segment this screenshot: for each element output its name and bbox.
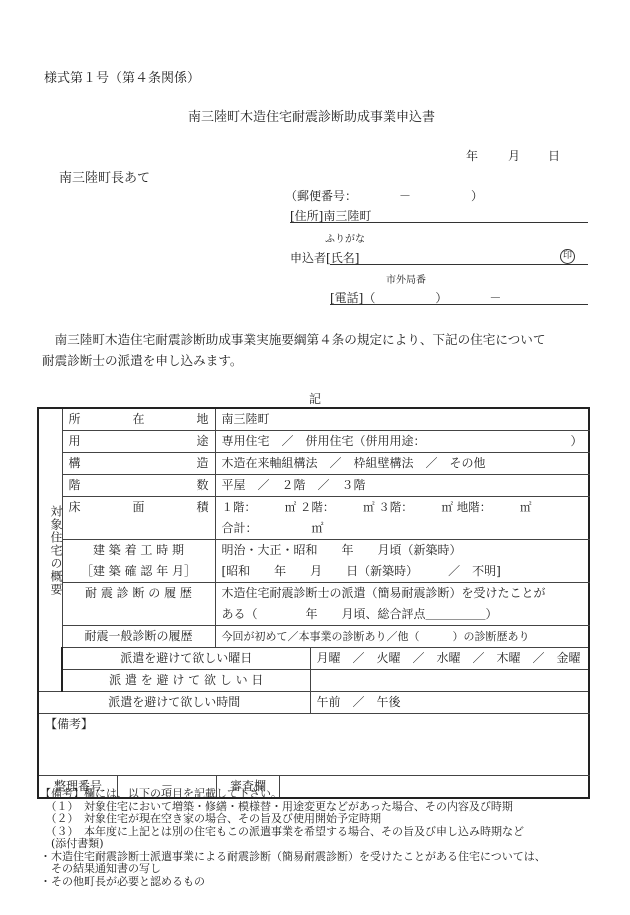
- row-floor-area: 床面積 １階： ㎡ ２階： ㎡ ３階： ㎡ 地階： ㎡ 合計： ㎡: [38, 497, 589, 540]
- row-remarks: 【備考】: [38, 714, 589, 776]
- label-avoid-weekday: 派遣を避けて欲しい曜日: [62, 648, 310, 670]
- floors-field[interactable]: 平屋 ／ ２階 ／ ３階: [215, 475, 589, 497]
- postal-code-field[interactable]: （郵便番号： － ）: [285, 187, 483, 204]
- row-construction: 建 築 着 工 時 期 ［建 築 確 認 年 月］ 明治・大正・昭和 年 月頃（…: [38, 540, 589, 583]
- remarks-field[interactable]: 【備考】: [38, 714, 589, 776]
- label-floor-area: 床面積: [62, 497, 215, 540]
- date-month-label: 月: [508, 147, 520, 164]
- intro-line-1: 南三陸町木造住宅耐震診断助成事業実施要綱第４条の規定により、下記の住宅について: [42, 329, 546, 348]
- phone-underline: [330, 304, 588, 305]
- form-number: 様式第１号（第４条関係）: [44, 67, 200, 86]
- structure-field[interactable]: 木造在来軸組構法 ／ 枠組壁構法 ／ その他: [215, 453, 589, 475]
- use-field[interactable]: 専用住宅 ／ 併用住宅（併用用途：）: [215, 431, 589, 453]
- application-table: 対象住宅の概要 所在地 南三陸町 用途 専用住宅 ／ 併用住宅（併用用途：） 構…: [37, 407, 590, 799]
- label-location: 所在地: [62, 408, 215, 431]
- row-avoid-time: 派遣を避けて欲しい時間 午前 ／ 午後: [38, 692, 589, 714]
- label-general-history: 耐震一般診断の履歴: [62, 626, 215, 648]
- label-use: 用途: [62, 431, 215, 453]
- notes-section: 【備考】欄には、以下の項目を記載して下さい。 （１） 対象住宅において増築・修繕…: [40, 788, 546, 888]
- label-floors: 階数: [62, 475, 215, 497]
- note-line: （２） 対象住宅が現在空き家の場合、その旨及び使用開始予定時期: [40, 813, 546, 826]
- date-year-label: 年: [466, 147, 478, 164]
- construction-field[interactable]: 明治・大正・昭和 年 月頃（新築時） [昭和 年 月 日（新築時） ／ 不明]: [215, 540, 589, 583]
- row-diagnosis-history: 耐 震 診 断 の 履 歴 木造住宅耐震診断士の派遣（簡易耐震診断）を受けたこと…: [38, 583, 589, 626]
- group-label-target-house: 対象住宅の概要: [38, 408, 62, 692]
- row-floors: 階数 平屋 ／ ２階 ／ ３階: [38, 475, 589, 497]
- avoid-weekday-field[interactable]: 月曜 ／ 火曜 ／ 水曜 ／ 木曜 ／ 金曜: [310, 648, 589, 670]
- note-line: 【備考】欄には、以下の項目を記載して下さい。: [40, 788, 546, 801]
- location-field[interactable]: 南三陸町: [215, 408, 589, 431]
- note-line: ・その他町長が必要と認めるもの: [40, 876, 546, 889]
- addressee: 南三陸町長あて: [59, 167, 150, 186]
- name-underline: [330, 264, 588, 265]
- address-value: 南三陸町: [323, 209, 371, 223]
- date-day-label: 日: [548, 147, 560, 164]
- floor-area-field[interactable]: １階： ㎡ ２階： ㎡ ３階： ㎡ 地階： ㎡ 合計： ㎡: [215, 497, 589, 540]
- row-avoid-day: 派 遣 を 避 け て 欲 し い 日: [38, 670, 589, 692]
- row-avoid-weekday: 派遣を避けて欲しい曜日 月曜 ／ 火曜 ／ 水曜 ／ 木曜 ／ 金曜: [38, 648, 589, 670]
- ki-heading: 記: [309, 390, 321, 407]
- address-label: [住所]: [290, 209, 323, 223]
- note-line: （３） 本年度に上記とは別の住宅もこの派遣事業を希望する場合、その旨及び申し込み…: [40, 826, 546, 839]
- seal-icon: 印: [560, 249, 575, 264]
- remarks-label: 【備考】: [45, 717, 93, 731]
- row-use: 用途 専用住宅 ／ 併用住宅（併用用途：）: [38, 431, 589, 453]
- row-structure: 構造 木造在来軸組構法 ／ 枠組壁構法 ／ その他: [38, 453, 589, 475]
- area-code-label: 市外局番: [386, 271, 426, 286]
- diagnosis-history-field[interactable]: 木造住宅耐震診断士の派遣（簡易耐震診断）を受けたことが ある（ 年 月頃、総合評…: [215, 583, 589, 626]
- label-diagnosis-history: 耐 震 診 断 の 履 歴: [62, 583, 215, 626]
- row-location: 対象住宅の概要 所在地 南三陸町: [38, 408, 589, 431]
- furigana-label: ふりがな: [325, 230, 365, 245]
- phone-label: [電話]: [330, 291, 363, 305]
- document-title: 南三陸町木造住宅耐震診断助成事業申込書: [188, 106, 435, 125]
- applicant-label: 申込者: [290, 251, 326, 265]
- intro-line-2: 耐震診断士の派遣を申し込みます。: [42, 350, 243, 369]
- note-line: (添付書類): [40, 838, 546, 851]
- note-line: その結果通知書の写し: [40, 863, 546, 876]
- general-history-field[interactable]: 今回が初めて／本事業の診断あり／他（ ）の診断歴あり: [215, 626, 589, 648]
- row-general-history: 耐震一般診断の履歴 今回が初めて／本事業の診断あり／他（ ）の診断歴あり: [38, 626, 589, 648]
- phone-format: （ ） －: [363, 291, 501, 305]
- label-avoid-time: 派遣を避けて欲しい時間: [38, 692, 310, 714]
- address-underline: [290, 222, 588, 223]
- avoid-day-field[interactable]: [310, 670, 589, 692]
- label-avoid-day: 派 遣 を 避 け て 欲 し い 日: [62, 670, 310, 692]
- name-label: [氏名]: [326, 251, 359, 265]
- avoid-time-field[interactable]: 午前 ／ 午後: [310, 692, 589, 714]
- label-construction: 建 築 着 工 時 期 ［建 築 確 認 年 月］: [62, 540, 215, 583]
- label-structure: 構造: [62, 453, 215, 475]
